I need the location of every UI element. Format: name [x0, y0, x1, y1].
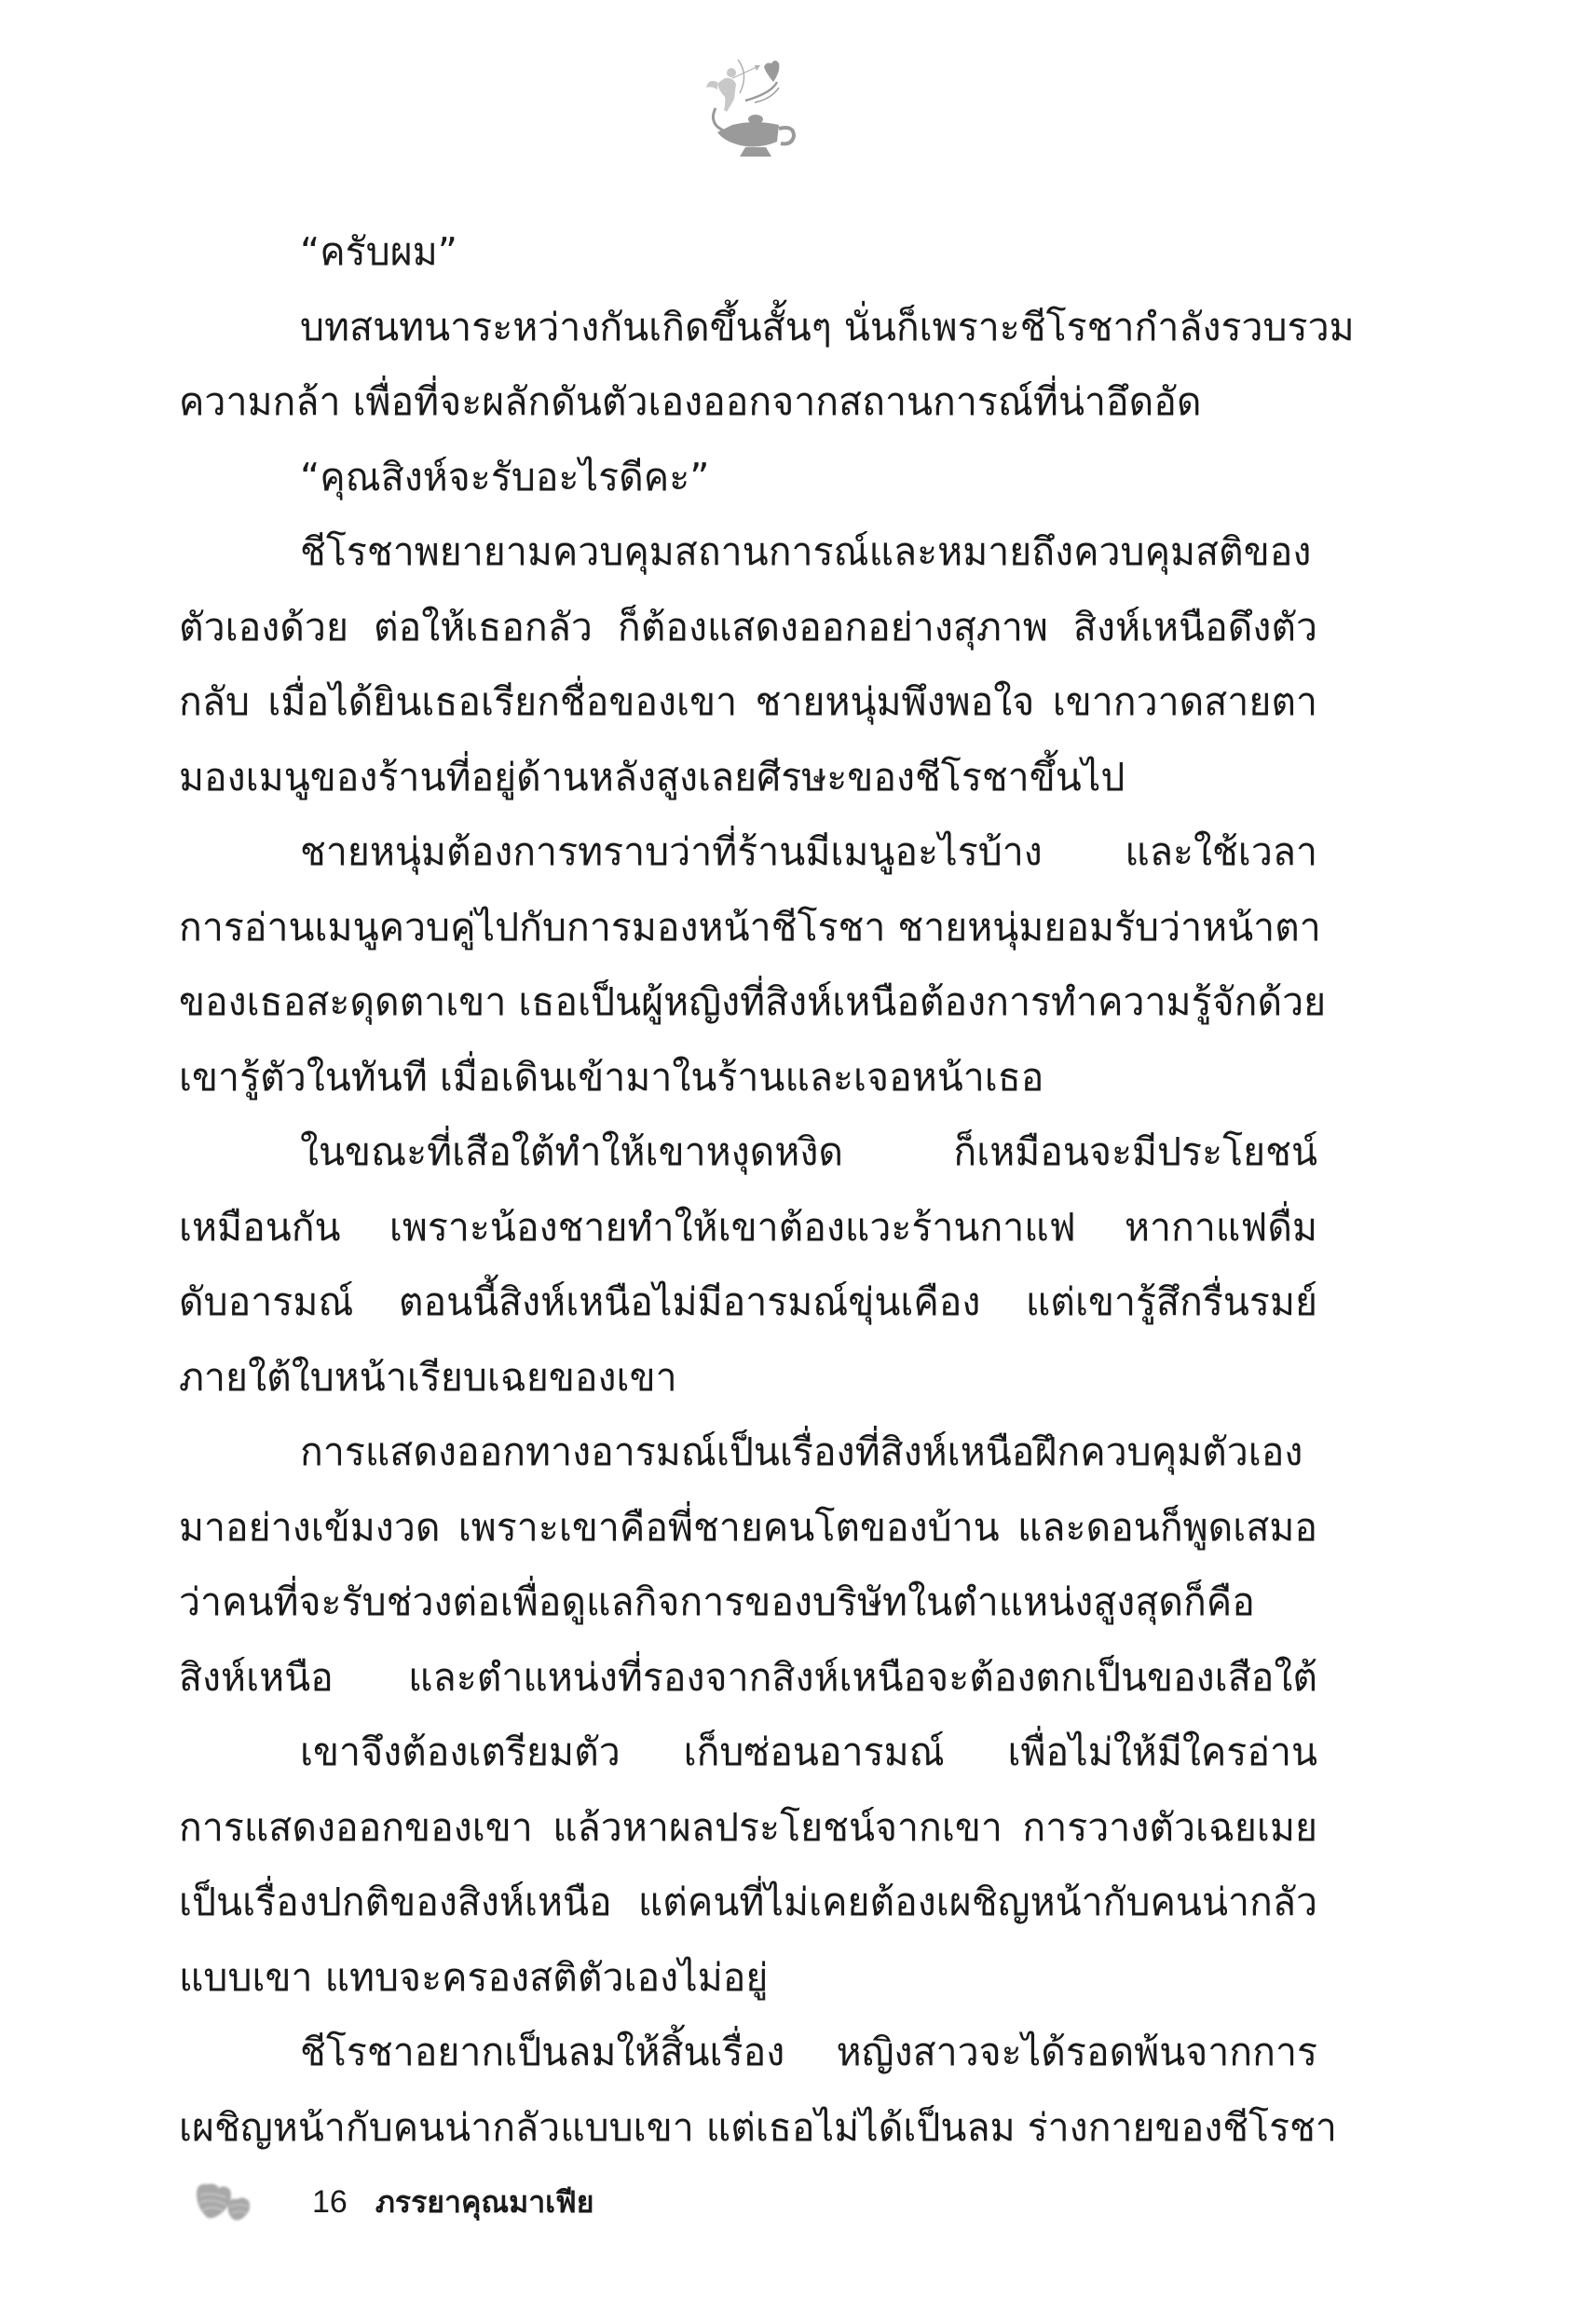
page-number: 16 — [312, 2184, 348, 2221]
paragraph-line: ชีโรชาพยายามควบคุมสถานการณ์และหมายถึงควบ… — [179, 514, 1317, 590]
paragraph-line: ดับอารมณ์ ตอนนี้สิงห์เหนือไม่มีอารมณ์ขุ่… — [179, 1265, 1317, 1340]
paragraph-line: แบบเขา แทบจะครองสติตัวเองไม่อยู่ — [179, 1940, 1317, 2016]
paragraph-line: “ครับผม” — [179, 214, 1317, 290]
paragraph-line: ชีโรชาอยากเป็นลมให้สิ้นเรื่อง หญิงสาวจะไ… — [179, 2015, 1317, 2090]
body-text: “ครับผม” บทสนทนาระหว่างกันเกิดขึ้นสั้นๆ … — [179, 214, 1317, 2165]
paragraph-line: ชายหนุ่มต้องการทราบว่าที่ร้านมีเมนูอะไรบ… — [179, 814, 1317, 890]
paragraph-line: เผชิญหน้ากับคนน่ากลัวแบบเขา แต่เธอไม่ได้… — [179, 2090, 1317, 2166]
paragraph-line: เหมือนกัน เพราะน้องชายทำให้เขาต้องแวะร้า… — [179, 1190, 1317, 1265]
paragraph-line: เขาจึงต้องเตรียมตัว เก็บซ่อนอารมณ์ เพื่อ… — [179, 1715, 1317, 1790]
paragraph-line: บทสนทนาระหว่างกันเกิดขึ้นสั้นๆ นั่นก็เพร… — [179, 290, 1317, 365]
paragraph-line: สิงห์เหนือ และตำแหน่งที่รองจากสิงห์เหนือ… — [179, 1640, 1317, 1716]
paragraph-line: เป็นเรื่องปกติของสิงห์เหนือ แต่คนที่ไม่เ… — [179, 1865, 1317, 1940]
paragraph-line: ตัวเองด้วย ต่อให้เธอกลัว ก็ต้องแสดงออกอย… — [179, 590, 1317, 665]
book-title: ภรรยาคุณมาเฟีย — [375, 2179, 594, 2226]
two-hearts-icon — [191, 2181, 266, 2223]
paragraph-line: ในขณะที่เสือใต้ทำให้เขาหงุดหงิด ก็เหมือน… — [179, 1114, 1317, 1190]
paragraph-line: ว่าคนที่จะรับช่วงต่อเพื่อดูแลกิจการของบร… — [179, 1565, 1317, 1640]
paragraph-line: มองเมนูของร้านที่อยู่ด้านหลังสูงเลยศีรษะ… — [179, 740, 1317, 815]
paragraph-line: การแสดงออกทางอารมณ์เป็นเรื่องที่สิงห์เหน… — [179, 1415, 1317, 1490]
paragraph-line: ภายใต้ใบหน้าเรียบเฉยของเขา — [179, 1340, 1317, 1415]
paragraph-line: กลับ เมื่อได้ยินเธอเรียกชื่อของเขา ชายหน… — [179, 664, 1317, 740]
paragraph-line: มาอย่างเข้มงวด เพราะเขาคือพี่ชายคนโตของบ… — [179, 1490, 1317, 1566]
paragraph-line: ความกล้า เพื่อที่จะผลักดันตัวเองออกจากสถ… — [179, 364, 1317, 440]
paragraph-line: “คุณสิงห์จะรับอะไรดีคะ” — [179, 440, 1317, 515]
paragraph-line: ของเธอสะดุดตาเขา เธอเป็นผู้หญิงที่สิงห์เ… — [179, 964, 1317, 1040]
paragraph-line: เขารู้ตัวในทันที เมื่อเดินเข้ามาในร้านแล… — [179, 1040, 1317, 1115]
cupid-teapot-ornament-icon — [697, 54, 809, 166]
paragraph-line: การอ่านเมนูควบคู่ไปกับการมองหน้าชีโรชา ช… — [179, 890, 1317, 965]
paragraph-line: การแสดงออกของเขา แล้วหาผลประโยชน์จากเขา … — [179, 1790, 1317, 1866]
page-footer: 16 ภรรยาคุณมาเฟีย — [191, 2179, 594, 2225]
